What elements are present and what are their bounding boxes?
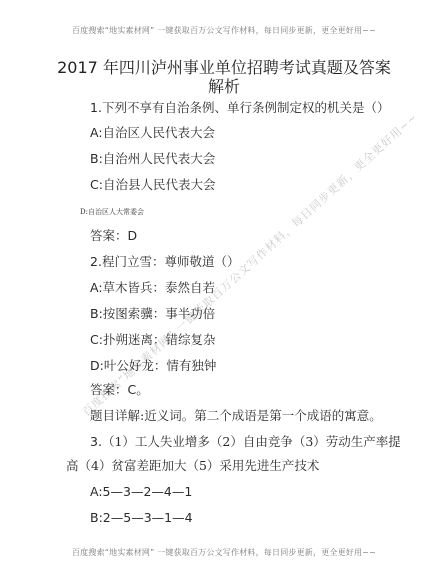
option-key: A: bbox=[90, 125, 103, 140]
answer-value: D bbox=[128, 228, 138, 243]
q1-option-c: C:自治县人民代表大会 bbox=[90, 177, 215, 193]
header-banner: 百度搜索“地实素材网” 一键获取百万公文写作材料，每日同步更新，更全更好用~~ bbox=[0, 25, 448, 36]
q2-answer: 答案：C。 bbox=[90, 382, 149, 398]
q1-option-b: B:自治州人民代表大会 bbox=[90, 151, 215, 167]
answer-value: C。 bbox=[128, 382, 149, 397]
answer-label: 答案： bbox=[90, 228, 128, 243]
question-stem-line1: （1）工人失业增多（2）自由竞争（3）劳动生产率提 bbox=[102, 434, 401, 449]
question-1: 1.下列不享有自治条例、单行条例制定权的机关是（） bbox=[90, 100, 389, 116]
option-key: C: bbox=[90, 177, 103, 192]
option-text: 自治县人民代表大会 bbox=[103, 177, 216, 192]
question-stem: 下列不享有自治条例、单行条例制定权的机关是（） bbox=[102, 100, 390, 115]
option-text: 自治区人大常委会 bbox=[88, 208, 144, 216]
option-text: 按图索骥：事半功倍 bbox=[103, 306, 216, 321]
option-key: C: bbox=[90, 332, 103, 347]
document-title-line2: 解析 bbox=[0, 77, 448, 96]
q1-option-d: D:自治区人大常委会 bbox=[80, 207, 144, 217]
option-text: 扑朔迷离：错综复杂 bbox=[103, 332, 216, 347]
option-key: A: bbox=[90, 280, 103, 295]
option-text: 自治州人民代表大会 bbox=[103, 151, 216, 166]
q3-option-b: B:2—5—3—1—4 bbox=[90, 510, 193, 526]
option-key: B: bbox=[90, 510, 103, 525]
q1-answer: 答案：D bbox=[90, 228, 137, 244]
option-key: D: bbox=[80, 208, 88, 216]
q3-option-a: A:5—3—2—4—1 bbox=[90, 484, 192, 500]
option-text: 2—5—3—1—4 bbox=[103, 510, 193, 525]
option-key: B: bbox=[90, 151, 103, 166]
footer-banner: 百度搜索“地实素材网” 一键获取百万公文写作材料，每日同步更新，更全更好用~~ bbox=[0, 547, 448, 558]
option-key: D: bbox=[90, 358, 104, 373]
q2-option-b: B:按图索骥：事半功倍 bbox=[90, 306, 215, 322]
document-title-line1: 2017 年四川泸州事业单位招聘考试真题及答案 bbox=[0, 58, 448, 77]
question-3-stem-line2: 高（4）贫富差距加大（5）采用先进生产技术 bbox=[66, 458, 319, 474]
option-text: 叶公好龙：情有独钟 bbox=[104, 358, 217, 373]
option-key: B: bbox=[90, 306, 103, 321]
question-number: 1. bbox=[90, 100, 102, 115]
question-3: 3.（1）工人失业增多（2）自由竞争（3）劳动生产率提 bbox=[90, 434, 401, 450]
question-2: 2.程门立雪：尊师敬道（） bbox=[90, 254, 239, 270]
q2-explanation: 题目详解:近义词。第二个成语是第一个成语的寓意。 bbox=[90, 408, 382, 424]
q1-option-a: A:自治区人民代表大会 bbox=[90, 125, 215, 141]
diagonal-watermark: 百度搜索“地实素材网” 一键获取百万公文写作材料，每日同步更新，更全更好用~~ bbox=[79, 127, 402, 420]
option-text: 5—3—2—4—1 bbox=[103, 484, 193, 499]
question-number: 3. bbox=[90, 434, 102, 449]
option-text: 自治区人民代表大会 bbox=[103, 125, 216, 140]
option-text: 草木皆兵：泰然自若 bbox=[103, 280, 216, 295]
q2-option-a: A:草木皆兵：泰然自若 bbox=[90, 280, 215, 296]
q2-option-d: D:叶公好龙：情有独钟 bbox=[90, 358, 216, 374]
question-stem: 程门立雪：尊师敬道（） bbox=[102, 254, 240, 269]
answer-label: 答案： bbox=[90, 382, 128, 397]
option-key: A: bbox=[90, 484, 103, 499]
q2-option-c: C:扑朔迷离：错综复杂 bbox=[90, 332, 215, 348]
question-number: 2. bbox=[90, 254, 102, 269]
